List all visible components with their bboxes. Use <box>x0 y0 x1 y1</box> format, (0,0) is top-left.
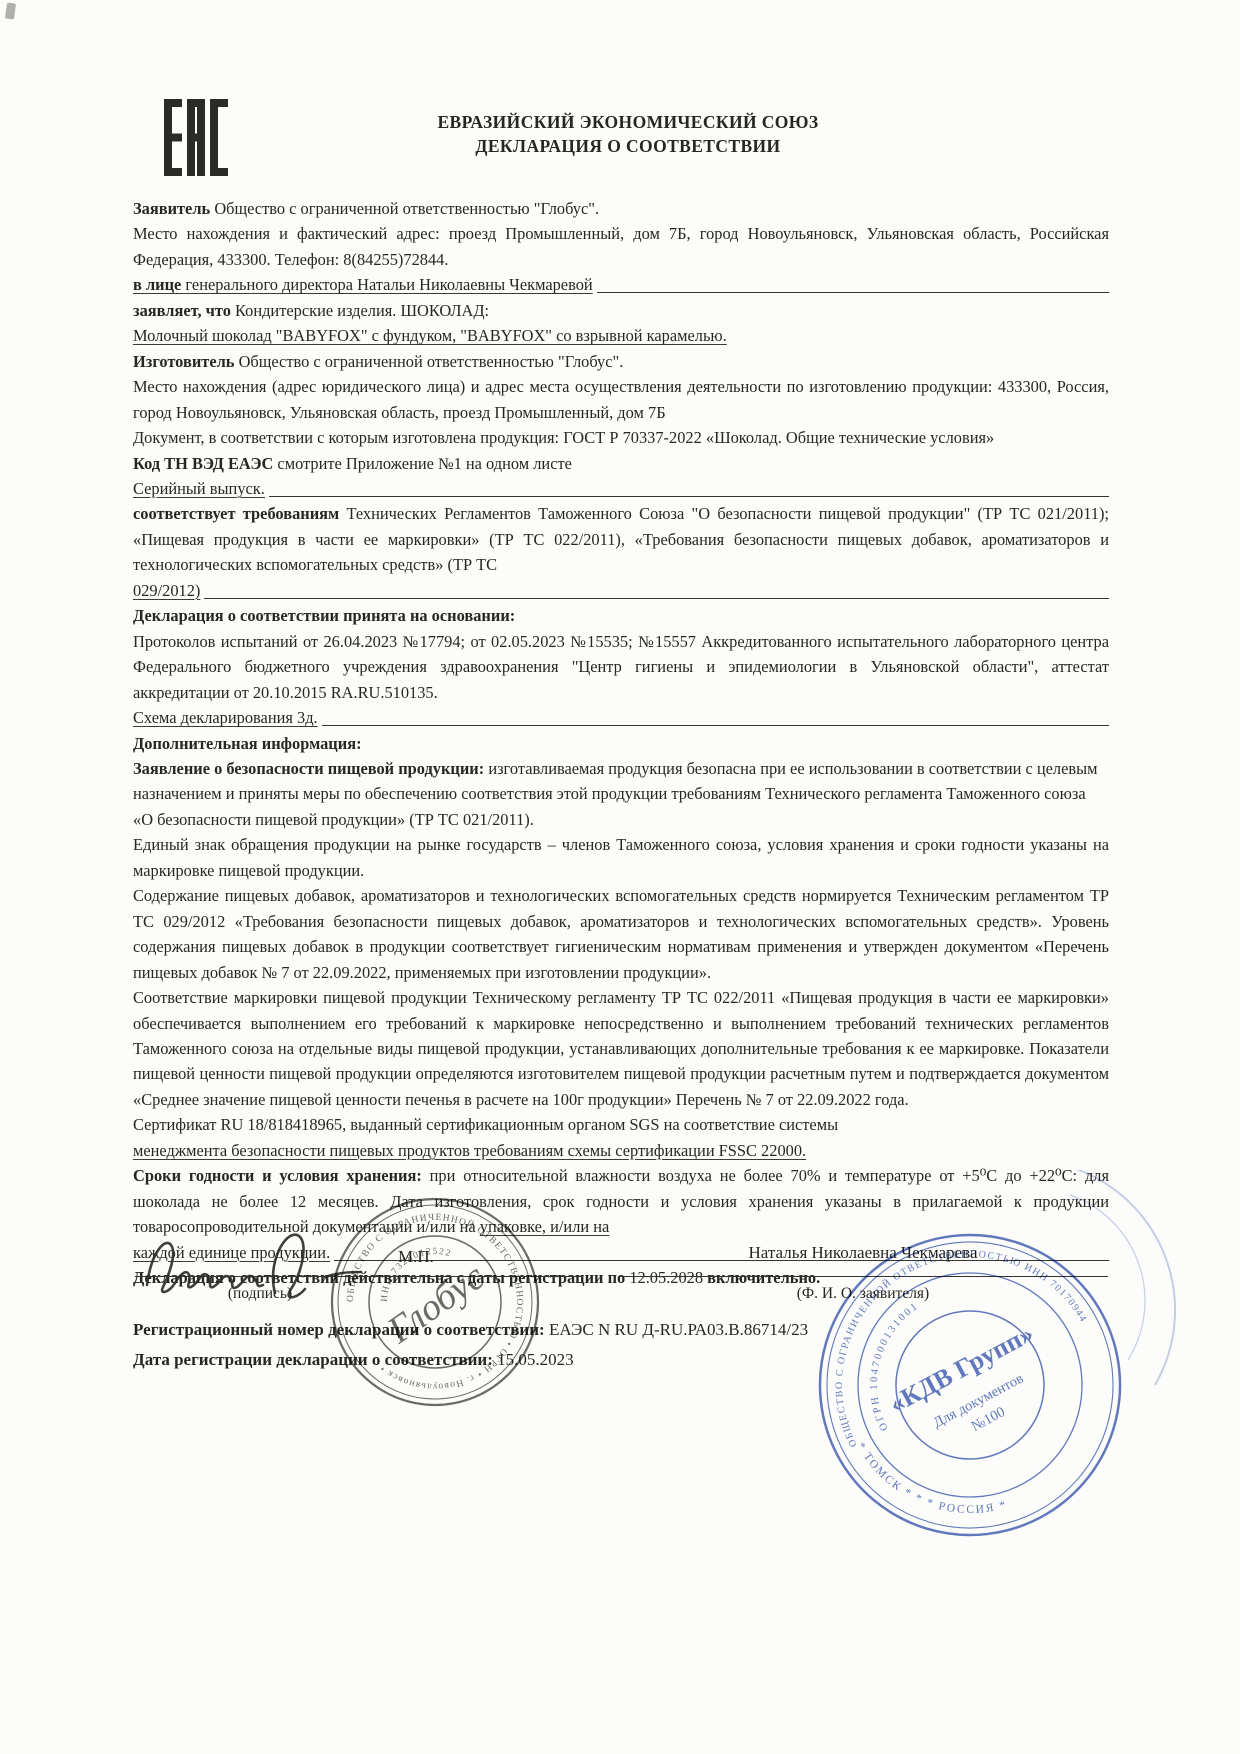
text-run: заявляет, что <box>133 301 235 320</box>
paragraph: в лице генерального директора Натальи Ни… <box>133 272 1109 297</box>
paragraph: Соответствие маркировки пищевой продукци… <box>133 985 1109 1112</box>
eac-logo <box>164 99 228 176</box>
paragraph: Заявитель Общество с ограниченной ответс… <box>133 196 1109 221</box>
text-run: Документ, в соответствии с которым изгот… <box>133 428 994 447</box>
paragraph: соответствует требованиям Технических Ре… <box>133 501 1109 577</box>
kdv-stamp-ghost-arcs <box>1070 1170 1175 1385</box>
text-run: смотрите Приложение №1 на одном листе <box>277 454 572 473</box>
text-run: Кондитерские изделия. ШОКОЛАД: <box>235 301 489 320</box>
text-run: Протоколов испытаний от 26.04.2023 №1779… <box>133 632 1109 702</box>
globus-round-stamp: ОБЩЕСТВО С ОГРАНИЧЕННОЙ ОТВЕТСТВЕННОСТЬЮ… <box>325 1192 545 1412</box>
paragraph: Декларация о соответствии принята на осн… <box>133 603 1109 628</box>
svg-text:ОБЩЕСТВО С ОГРАНИЧЕННОЙ ОТВЕТС: ОБЩЕСТВО С ОГРАНИЧЕННОЙ ОТВЕТСТВЕННОСТЬЮ… <box>770 1170 1090 1481</box>
text-run: Место нахождения (адрес юридического лиц… <box>133 377 1109 421</box>
paragraph: заявляет, что Кондитерские изделия. ШОКО… <box>133 298 1109 323</box>
text-run: Сроки годности и условия хранения: <box>133 1166 430 1185</box>
text-run: соответствует требованиям <box>133 504 346 523</box>
kdv-stamp-top-arc-text: ОБЩЕСТВО С ОГРАНИЧЕННОЙ ОТВЕТСТВЕННОСТЬЮ… <box>770 1170 1090 1481</box>
paragraph: Содержание пищевых добавок, ароматизатор… <box>133 883 1109 985</box>
rule-fill <box>204 578 1109 599</box>
text-run: Молочный шоколад "BABYFOX" с фундуком, "… <box>133 326 727 345</box>
text-run: Соответствие маркировки пищевой продукци… <box>133 988 1109 1109</box>
rule-fill <box>269 476 1109 497</box>
paragraph-text: Серийный выпуск. <box>133 476 265 501</box>
text-run: Схема декларирования 3д. <box>133 708 318 727</box>
paragraph: Сертификат RU 18/818418965, выданный сер… <box>133 1112 1109 1137</box>
paragraph: Код ТН ВЭД ЕАЭС смотрите Приложение №1 н… <box>133 451 1109 476</box>
paragraph: Схема декларирования 3д. <box>133 705 1109 730</box>
text-run: Общество с ограниченной ответственностью… <box>239 352 624 371</box>
paragraph: Серийный выпуск. <box>133 476 1109 501</box>
text-run: Код ТН ВЭД ЕАЭС <box>133 454 277 473</box>
paragraph-text: Схема декларирования 3д. <box>133 705 318 730</box>
text-run: Дополнительная информация: <box>133 734 362 753</box>
text-run: Заявитель <box>133 199 214 218</box>
text-run: Серийный выпуск. <box>133 479 265 498</box>
rule-fill <box>322 705 1109 726</box>
paragraph: Изготовитель Общество с ограниченной отв… <box>133 349 1109 374</box>
paragraph: Документ, в соответствии с которым изгот… <box>133 425 1109 450</box>
paragraph-text: в лице генерального директора Натальи Ни… <box>133 272 593 297</box>
text-run: Заявление о безопасности пищевой продукц… <box>133 759 488 778</box>
text-run: Место нахождения и фактический адрес: пр… <box>133 224 1109 268</box>
text-run: Содержание пищевых добавок, ароматизатор… <box>133 886 1109 981</box>
scan-artifact <box>5 2 16 19</box>
paragraph: Заявление о безопасности пищевой продукц… <box>133 756 1109 832</box>
document-header: ЕВРАЗИЙСКИЙ ЭКОНОМИЧЕСКИЙ СОЮЗ ДЕКЛАРАЦИ… <box>298 110 958 158</box>
text-run: Декларация о соответствии принята на осн… <box>133 606 515 625</box>
paragraph: 029/2012) <box>133 578 1109 603</box>
paragraph: Место нахождения и фактический адрес: пр… <box>133 221 1109 272</box>
paragraph: менеджмента безопасности пищевых продукт… <box>133 1138 1109 1163</box>
text-run: Сертификат RU 18/818418965, выданный сер… <box>133 1115 838 1134</box>
paragraph: Место нахождения (адрес юридического лиц… <box>133 374 1109 425</box>
rule-fill <box>597 272 1109 293</box>
paragraph: Протоколов испытаний от 26.04.2023 №1779… <box>133 629 1109 705</box>
text-run: 029/2012) <box>133 581 200 600</box>
paragraph: Дополнительная информация: <box>133 731 1109 756</box>
text-run: в лице <box>133 275 185 294</box>
text-run: Единый знак обращения продукции на рынке… <box>133 835 1109 879</box>
document-body: Заявитель Общество с ограниченной ответс… <box>133 196 1109 1290</box>
text-run: менеджмента безопасности пищевых продукт… <box>133 1141 806 1160</box>
paragraph: Молочный шоколад "BABYFOX" с фундуком, "… <box>133 323 1109 348</box>
kdv-round-stamp: ОБЩЕСТВО С ОГРАНИЧЕННОЙ ОТВЕТСТВЕННОСТЬЮ… <box>770 1170 1230 1570</box>
paragraph-text: 029/2012) <box>133 578 200 603</box>
paragraph: Единый знак обращения продукции на рынке… <box>133 832 1109 883</box>
eac-letters-shapes <box>164 99 228 176</box>
header-declaration-line: ДЕКЛАРАЦИЯ О СООТВЕТСТВИИ <box>298 134 958 158</box>
text-run: генерального директора Натальи Николаевн… <box>185 275 592 294</box>
text-run: Изготовитель <box>133 352 239 371</box>
scanned-declaration-page: ЕВРАЗИЙСКИЙ ЭКОНОМИЧЕСКИЙ СОЮЗ ДЕКЛАРАЦИ… <box>0 0 1240 1754</box>
header-union-line: ЕВРАЗИЙСКИЙ ЭКОНОМИЧЕСКИЙ СОЮЗ <box>298 110 958 134</box>
text-run: Общество с ограниченной ответственностью… <box>214 199 599 218</box>
